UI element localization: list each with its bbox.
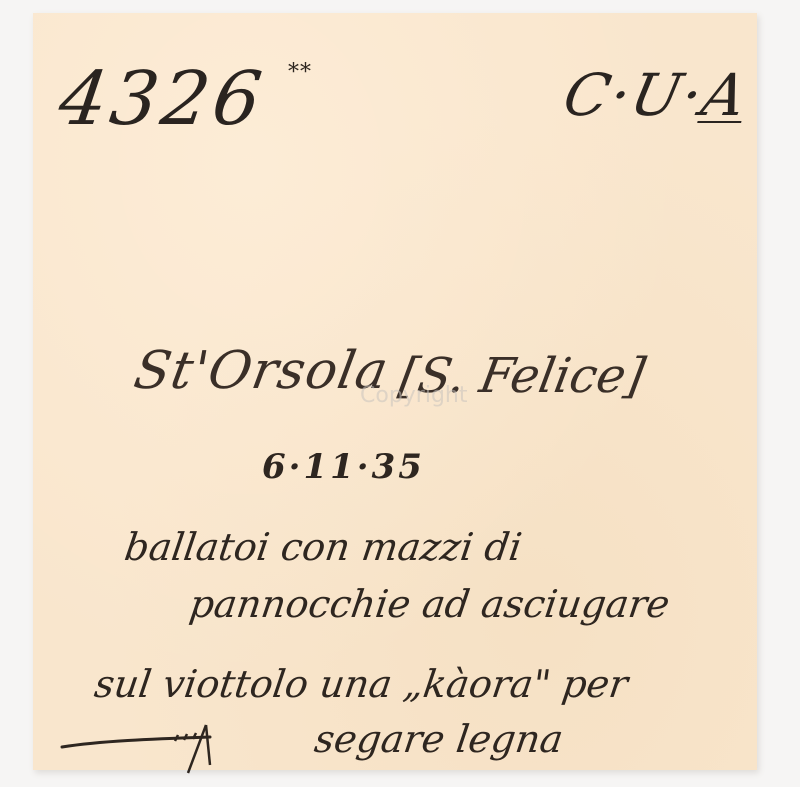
collection-code: C·U·A [559, 66, 753, 124]
place-name: St'Orsola [130, 345, 392, 397]
note-line: pannocchie ad asciugare [187, 585, 672, 623]
tally-mark-icon [60, 695, 220, 775]
copyright-watermark: Copyright [360, 383, 468, 408]
date: 6·11·35 [262, 450, 425, 484]
collection-code-prefix: C·U· [558, 61, 711, 129]
catalog-number: 4326 [55, 62, 270, 136]
catalog-star-marks: ** [288, 62, 312, 84]
note-line: segare legna [312, 720, 565, 758]
note-line: ballatoi con mazzi di [122, 528, 524, 566]
